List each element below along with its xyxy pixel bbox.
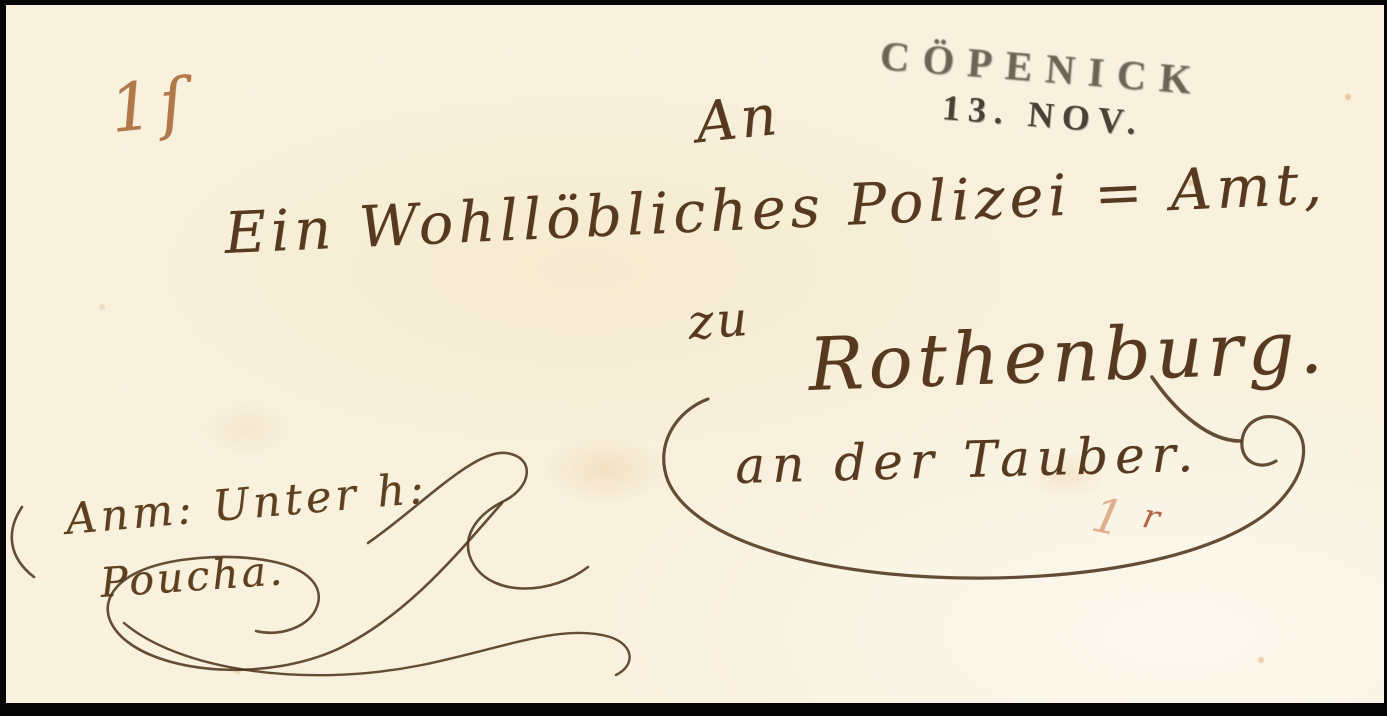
address-salutation: An: [693, 83, 784, 156]
address-line2: zu: [686, 291, 752, 351]
docket-line2: Poucha.: [99, 546, 287, 607]
rate-mark: 1ſ: [106, 63, 196, 148]
address-line3: Rothenburg.: [807, 305, 1329, 408]
red-note-letter: r: [1139, 496, 1163, 539]
docket-line1: Anm: Unter h:: [64, 464, 430, 545]
docket-left-paren-flourish: [12, 507, 34, 577]
red-note: 1 r: [1087, 487, 1163, 555]
docket-under-tail-flourish: [124, 623, 630, 675]
address-line1: Ein Wohllöbliches Polizei = Amt,: [223, 151, 1328, 267]
letter-cover-paper: 1ſ CÖPENICK 13. NOV. An Ein Wohllöbliche…: [6, 5, 1384, 703]
red-note-stroke: 1: [1087, 487, 1129, 548]
photo-black-frame: 1ſ CÖPENICK 13. NOV. An Ein Wohllöbliche…: [0, 0, 1387, 716]
address-line4: an der Tauber.: [734, 425, 1200, 495]
postmark: CÖPENICK 13. NOV.: [875, 31, 1206, 148]
